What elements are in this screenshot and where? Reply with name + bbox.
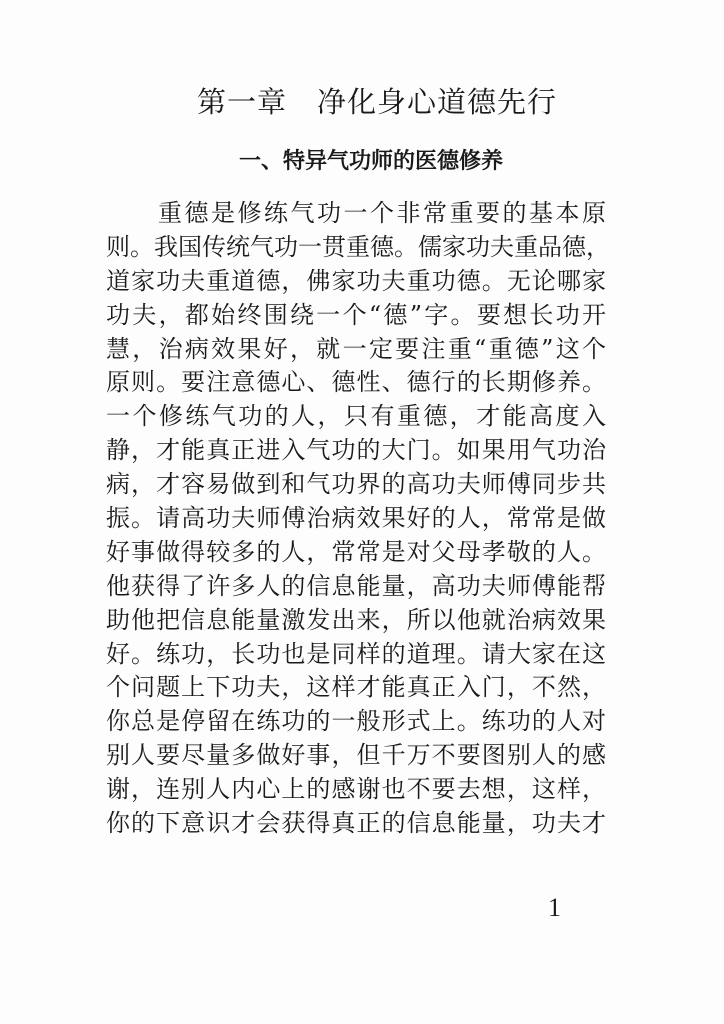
text-line: 谢，连别人内心上的感谢也不要去想，这样， [106,773,606,807]
text-line: 别人要尽量多做好事，但千万不要图别人的感 [106,739,606,773]
section-title: 一、特异气功师的医德修养 [0,144,724,175]
text-line: 好事做得较多的人，常常是对父母孝敬的人。 [106,536,606,570]
page-number: 1 [548,893,561,923]
text-line: 功夫，都始终围绕一个“德”字。要想长功开 [106,299,606,333]
text-line: 则。我国传统气功一贯重德。儒家功夫重品德， [106,231,606,265]
text-line: 你总是停留在练功的一般形式上。练功的人对 [106,705,606,739]
book-page: 第一章 净化身心道德先行 一、特异气功师的医德修养 重德是修练气功一个非常重要的… [0,0,724,1024]
text-line: 慧，治病效果好，就一定要注重“重德”这个 [106,333,606,367]
text-line: 好。练功，长功也是同样的道理。请大家在这 [106,638,606,672]
text-line: 振。请高功夫师傅治病效果好的人，常常是做 [106,502,606,536]
text-line: 原则。要注意德心、德性、德行的长期修养。 [106,366,606,400]
text-line: 重德是修练气功一个非常重要的基本原 [106,197,606,231]
text-line: 病，才容易做到和气功界的高功夫师傅同步共 [106,468,606,502]
text-line: 个问题上下功夫，这样才能真正入门，不然， [106,671,606,705]
chapter-title: 第一章 净化身心道德先行 [0,80,724,121]
text-line: 他获得了许多人的信息能量，高功夫师傅能帮 [106,570,606,604]
text-line: 静，才能真正进入气功的大门。如果用气功治 [106,434,606,468]
text-line: 助他把信息能量激发出来，所以他就治病效果 [106,604,606,638]
text-line: 一个修练气功的人，只有重德，才能高度入 [106,400,606,434]
text-line: 你的下意识才会获得真正的信息能量，功夫才 [106,807,606,841]
text-line: 道家功夫重道德，佛家功夫重功德。无论哪家 [106,265,606,299]
body-text: 重德是修练气功一个非常重要的基本原 则。我国传统气功一贯重德。儒家功夫重品德， … [106,197,606,841]
